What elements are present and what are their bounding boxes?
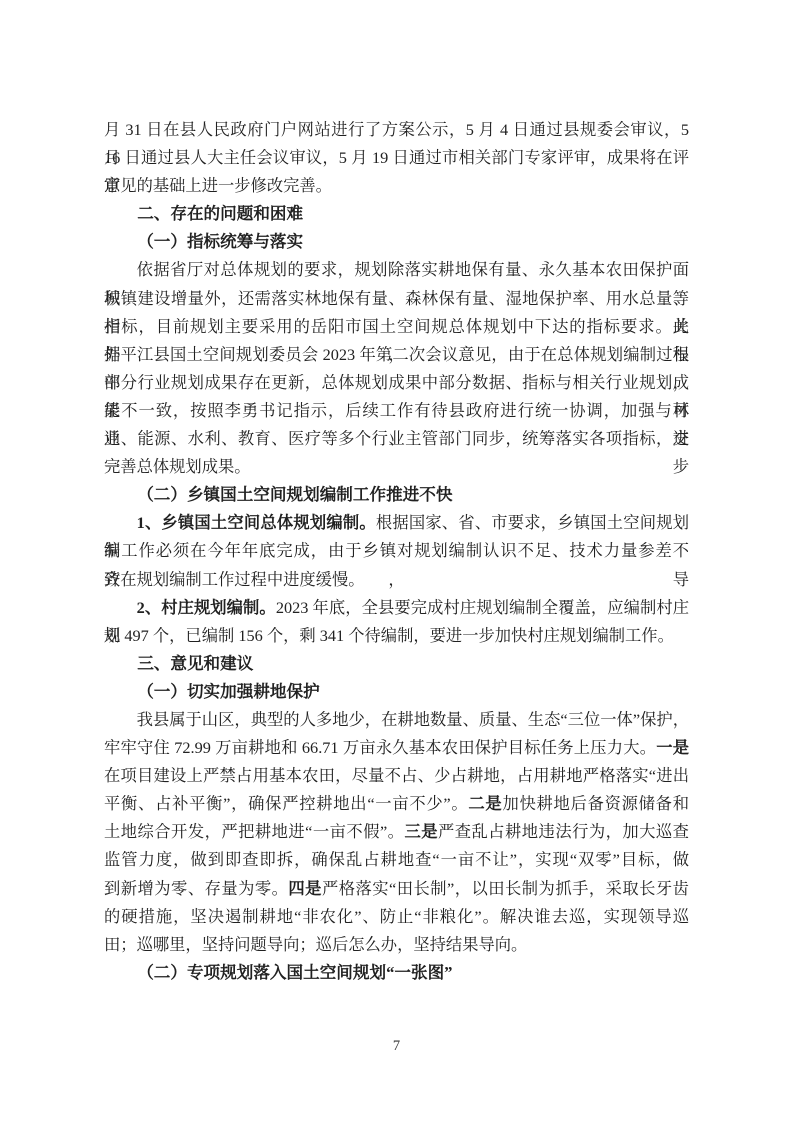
document-line: 据平江县国土空间规划委员会 2023 年第二次会议意见，由于在总体规划编制过程中… [104,341,689,369]
text-segment: 1、乡镇国土空间总体规划编制。 [137,513,376,532]
text-segment: 三是 [404,822,438,841]
document-line: 2、村庄规划编制。2023 年底，全县要完成村庄规划编制全覆盖，应编制村庄规 [104,594,689,622]
document-line: 月 31 日在县人民政府门户网站进行了方案公示，5 月 4 日通过县规委会审议，… [104,116,689,144]
sub-heading: （一）指标统筹与落实 [104,228,689,256]
text-segment: 二是 [468,794,502,813]
document-line: 城镇建设增量外，还需落实林地保有量、森林保有量、湿地保护率、用水总量等相关 [104,285,689,313]
text-segment: 三、意见和建议 [137,654,253,673]
sub-heading: （一）切实加强耕地保护 [104,678,689,706]
section-heading: 二、存在的问题和困难 [104,200,689,228]
text-segment: 加快耕地后备资源储备和 [502,794,689,813]
text-segment: 意见的基础上进一步修改完善。 [104,176,332,195]
section-heading: 三、意见和建议 [104,650,689,678]
text-segment: 平衡、占补平衡”，确保严控耕地出“一亩不少”。 [104,794,468,813]
text-segment: 划 497 个，已编制 156 个，剩 341 个待编制，要进一步加快村庄规划编… [104,626,674,645]
text-segment: （二）乡镇国土空间规划编制工作推进不快 [137,485,452,504]
document-line: 的硬措施，坚决遏制耕地“非农化”、防止“非粮化”。解决谁去巡，实现领导巡 [104,903,689,931]
sub-heading: （二）专项规划落入国土空间规划“一张图” [104,959,689,987]
document-line: 牢牢守住 72.99 万亩耕地和 66.71 万亩永久基本农田保护目标任务上压力… [104,734,689,762]
text-segment: （一）切实加强耕地保护 [137,682,320,701]
text-segment: 到新增为零、存量为零。 [104,879,288,898]
document-line: 划 497 个，已编制 156 个，剩 341 个待编制，要进一步加快村庄规划编… [104,622,689,650]
text-segment: 在项目建设上严禁占用基本农田，尽量不占、少占耕地，占用耕地严格落实“进出 [104,766,689,785]
text-segment: 的硬措施，坚决遏制耕地“非农化”、防止“非粮化”。解决谁去巡，实现领导巡 [104,907,689,926]
document-line: 在项目建设上严禁占用基本农田，尽量不占、少占耕地，占用耕地严格落实“进出 [104,762,689,790]
text-segment: （二）专项规划落入国土空间规划“一张图” [137,963,452,982]
text-segment: 严查乱占耕地违法行为，加大巡查 [438,822,689,841]
text-segment: 牢牢守住 72.99 万亩耕地和 66.71 万亩永久基本农田保护目标任务上压力… [104,738,656,757]
text-segment: 完善总体规划成果。 [104,457,251,476]
text-segment: 监管力度，做到即查即拆，确保乱占耕地查“一亩不让”，实现“双零”目标，做 [104,850,689,869]
document-line: 到新增为零、存量为零。四是严格落实“田长制”，以田长制为抓手，采取长牙齿 [104,875,689,903]
document-line: 意见的基础上进一步修改完善。 [104,172,689,200]
text-segment: （一）指标统筹与落实 [137,232,303,251]
document-line: 1、乡镇国土空间总体规划编制。根据国家、省、市要求，乡镇国土空间规划编 [104,509,689,537]
text-segment: 2、村庄规划编制。 [137,598,276,617]
sub-heading: （二）乡镇国土空间规划编制工作推进不快 [104,481,689,509]
document-line: 16 日通过县人大主任会议审议，5 月 19 日通过市相关部门专家评审，成果将在… [104,144,689,172]
document-body: 月 31 日在县人民政府门户网站进行了方案公示，5 月 4 日通过县规委会审议，… [104,116,689,987]
text-segment: 二、存在的问题和困难 [137,204,303,223]
document-line: 土地综合开发，严把耕地进“一亩不假”。三是严查乱占耕地违法行为，加大巡查 [104,818,689,846]
document-line: 依据省厅对总体规划的要求，规划除落实耕地保有量、永久基本农田保护面积、 [104,256,689,284]
document-line: 平衡、占补平衡”，确保严控耕地出“一亩不少”。二是加快耕地后备资源储备和 [104,790,689,818]
document-line: 部分行业规划成果存在更新，总体规划成果中部分数据、指标与相关行业规划成果可 [104,369,689,397]
document-line: 我县属于山区，典型的人多地少，在耕地数量、质量、生态“三位一体”保护， [104,706,689,734]
document-line: 能不一致，按照李勇书记指示，后续工作有待县政府进行统一协调，加强与林业、交 [104,397,689,425]
text-segment: 四是 [288,879,322,898]
text-segment: 一是 [656,738,689,757]
document-page: 月 31 日在县人民政府门户网站进行了方案公示，5 月 4 日通过县规委会审议，… [0,0,793,1122]
text-segment: 土地综合开发，严把耕地进“一亩不假”。 [104,822,404,841]
document-line: 指标，目前规划主要采用的岳阳市国土空间规总体规划中下达的指标要求。此外，根 [104,313,689,341]
text-segment: 严格落实“田长制”，以田长制为抓手，采取长牙齿 [322,879,689,898]
document-line: 监管力度，做到即查即拆，确保乱占耕地查“一亩不让”，实现“双零”目标，做 [104,846,689,874]
text-segment: 田；巡哪里，坚持问题导向；巡后怎么办，坚持结果导向。 [104,935,527,954]
document-line: 田；巡哪里，坚持问题导向；巡后怎么办，坚持结果导向。 [104,931,689,959]
page-number: 7 [0,1036,793,1056]
text-segment: 致在规划编制工作过程中进度缓慢。 [104,570,365,589]
document-line: 通、能源、水利、教育、医疗等多个行业主管部门同步，统筹落实各项指标，进一步 [104,425,689,453]
text-segment: 我县属于山区，典型的人多地少，在耕地数量、质量、生态“三位一体”保护， [137,710,689,729]
document-line: 制工作必须在今年年底完成，由于乡镇对规划编制认识不足、技术力量参差不齐，导 [104,537,689,565]
